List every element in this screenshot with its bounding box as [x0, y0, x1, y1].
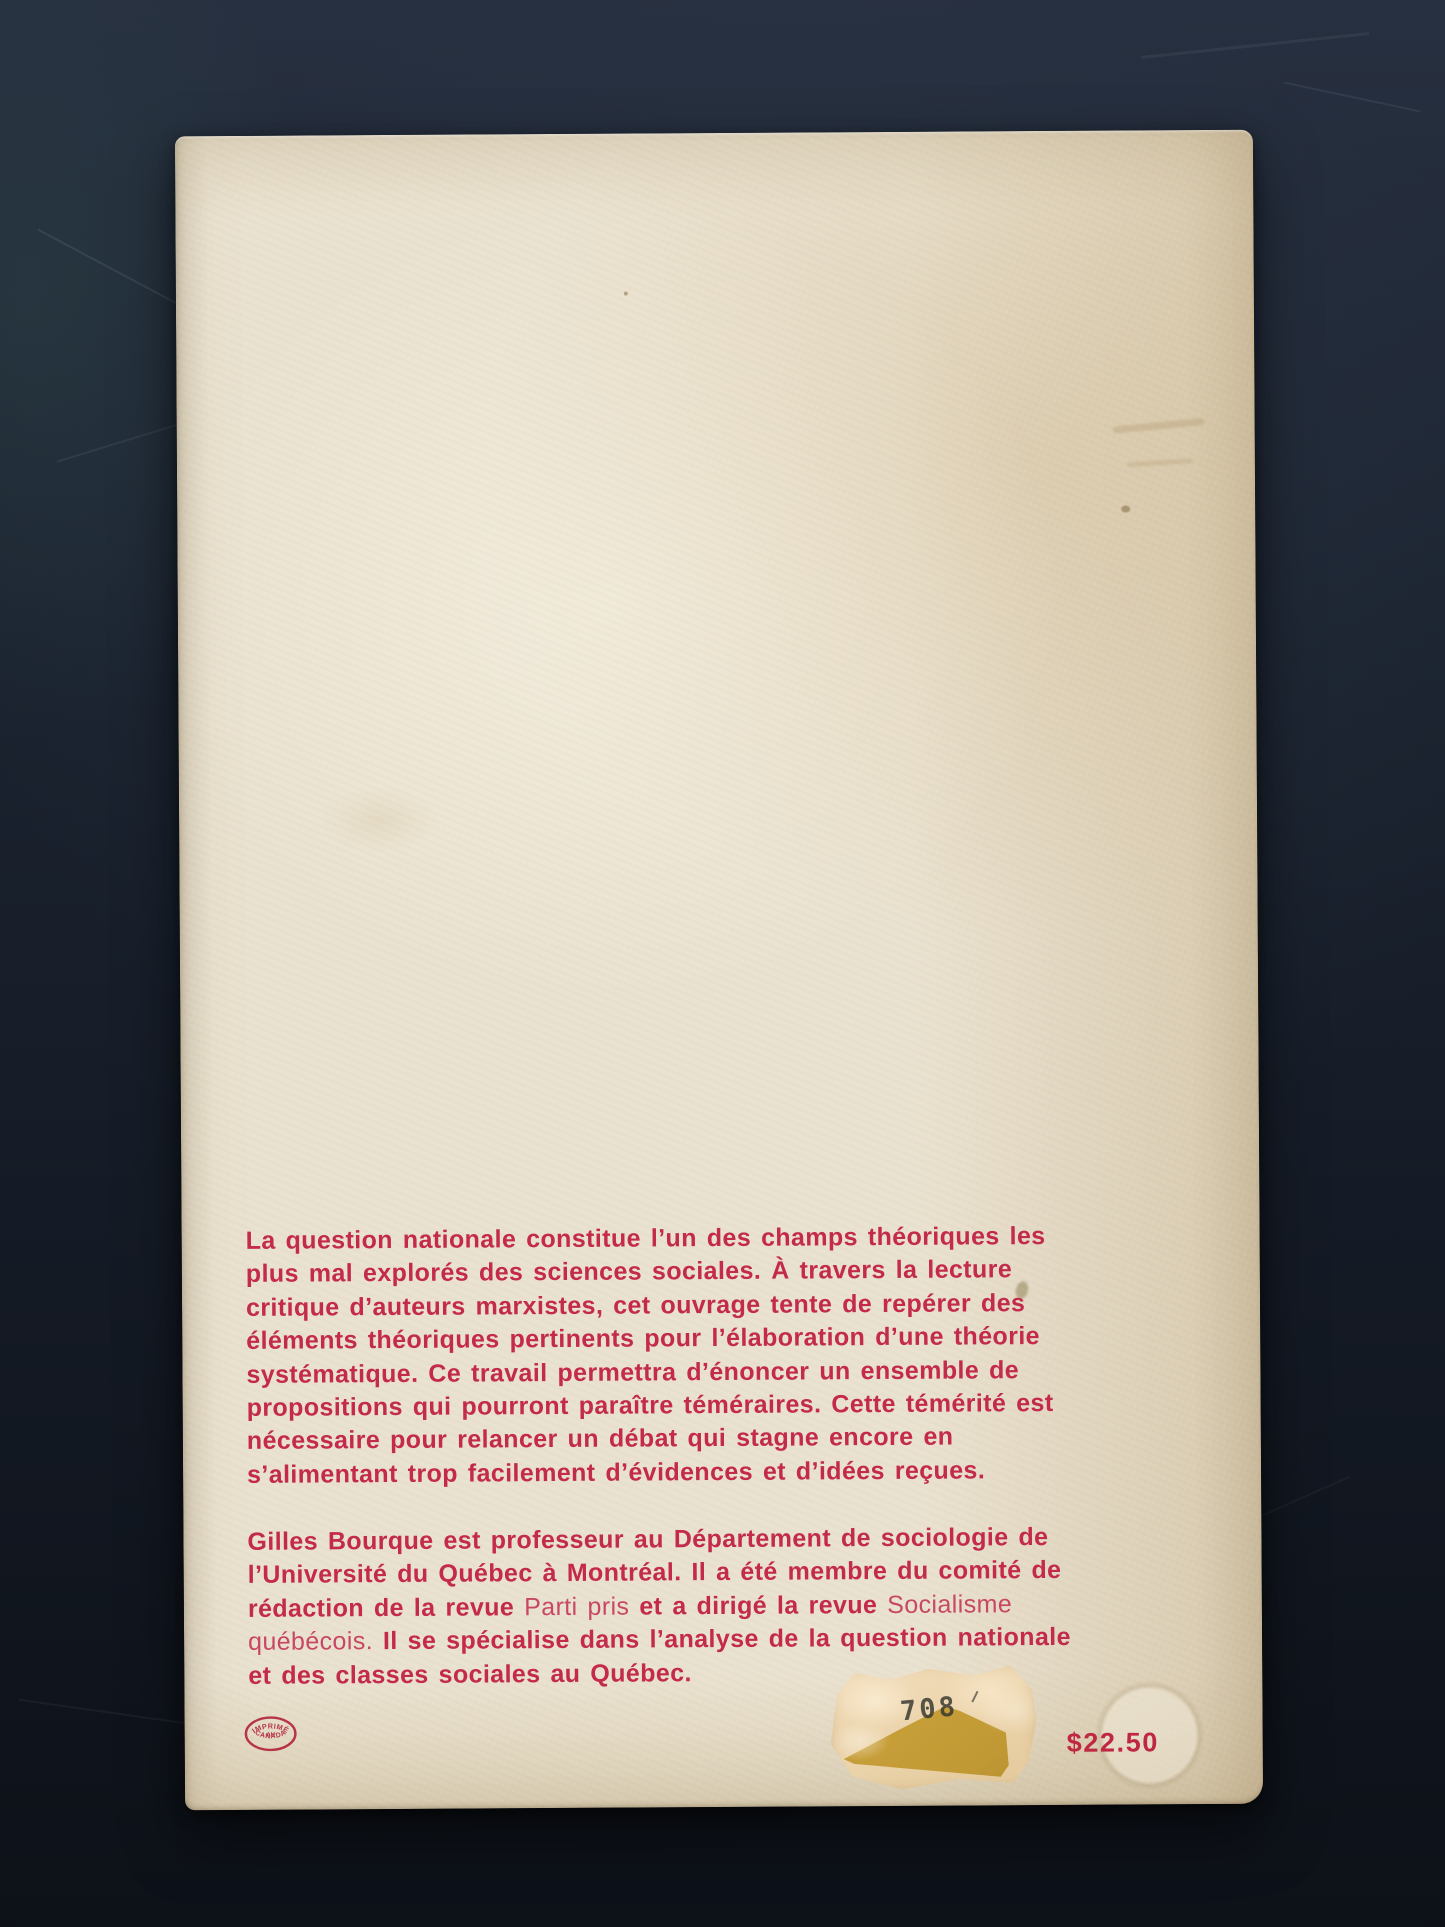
synopsis-line: critique d’auteurs marxistes, cet ouvrag… [246, 1287, 1053, 1325]
surface-scuff [1283, 81, 1420, 112]
synopsis-line: nécessaire pour relancer un débat qui st… [247, 1420, 1054, 1458]
bio-text: et des classes sociales au Québec. [248, 1659, 692, 1690]
photo-scene: La question nationale constitue l’un des… [0, 0, 1445, 1927]
paper-streak [1113, 418, 1205, 434]
synopsis-line: éléments théoriques pertinents pour l’él… [246, 1320, 1053, 1358]
surface-scuff [1140, 32, 1369, 59]
synopsis-line: propositions qui pourront paraître témér… [247, 1387, 1054, 1425]
paper-speck [1121, 505, 1130, 512]
bio-text: l’Université du Québec à Montréal. Il a … [248, 1556, 1062, 1589]
synopsis-line: plus mal explorés des sciences sociales.… [246, 1253, 1053, 1291]
bio-text: Gilles Bourque est professeur au Départe… [247, 1523, 1048, 1556]
synopsis-line: La question nationale constitue l’un des… [246, 1220, 1053, 1258]
paper-speck [624, 292, 628, 296]
handwritten-number: 708 [899, 1691, 959, 1727]
bio-line: Gilles Bourque est professeur au Départe… [247, 1521, 1070, 1559]
bio-line: québécois. Il se spécialise dans l’analy… [248, 1621, 1071, 1659]
bio-text: et a dirigé la revue [629, 1591, 887, 1621]
bio-line: l’Université du Québec à Montréal. Il a … [248, 1554, 1071, 1592]
imprime-au-canada-stamp: IMPRIMÉ AU CANADA [243, 1714, 299, 1754]
journal-title: Socialisme [887, 1590, 1012, 1619]
paper-mottle [299, 775, 460, 866]
bio-text: Il se spécialise dans l’analyse de la qu… [373, 1623, 1071, 1655]
bio-text: rédaction de la revue [248, 1593, 524, 1623]
synopsis-line: s’alimentant trop facilement d’évidences… [247, 1454, 1054, 1492]
tape-patch: 708 [829, 1661, 1038, 1792]
book-back-cover: La question nationale constitue l’un des… [175, 130, 1263, 1811]
synopsis-line: systématique. Ce travail permettra d’éno… [246, 1354, 1053, 1392]
bio-line: rédaction de la revue Parti pris et a di… [248, 1588, 1071, 1626]
journal-title: québécois. [248, 1627, 373, 1656]
surface-scuff [37, 229, 186, 310]
surface-scuff [19, 1699, 207, 1727]
paper-streak [1127, 458, 1193, 467]
journal-title: Parti pris [524, 1592, 629, 1621]
price-label: $22.50 [1067, 1727, 1159, 1759]
synopsis-paragraph: La question nationale constitue l’un des… [246, 1220, 1054, 1492]
